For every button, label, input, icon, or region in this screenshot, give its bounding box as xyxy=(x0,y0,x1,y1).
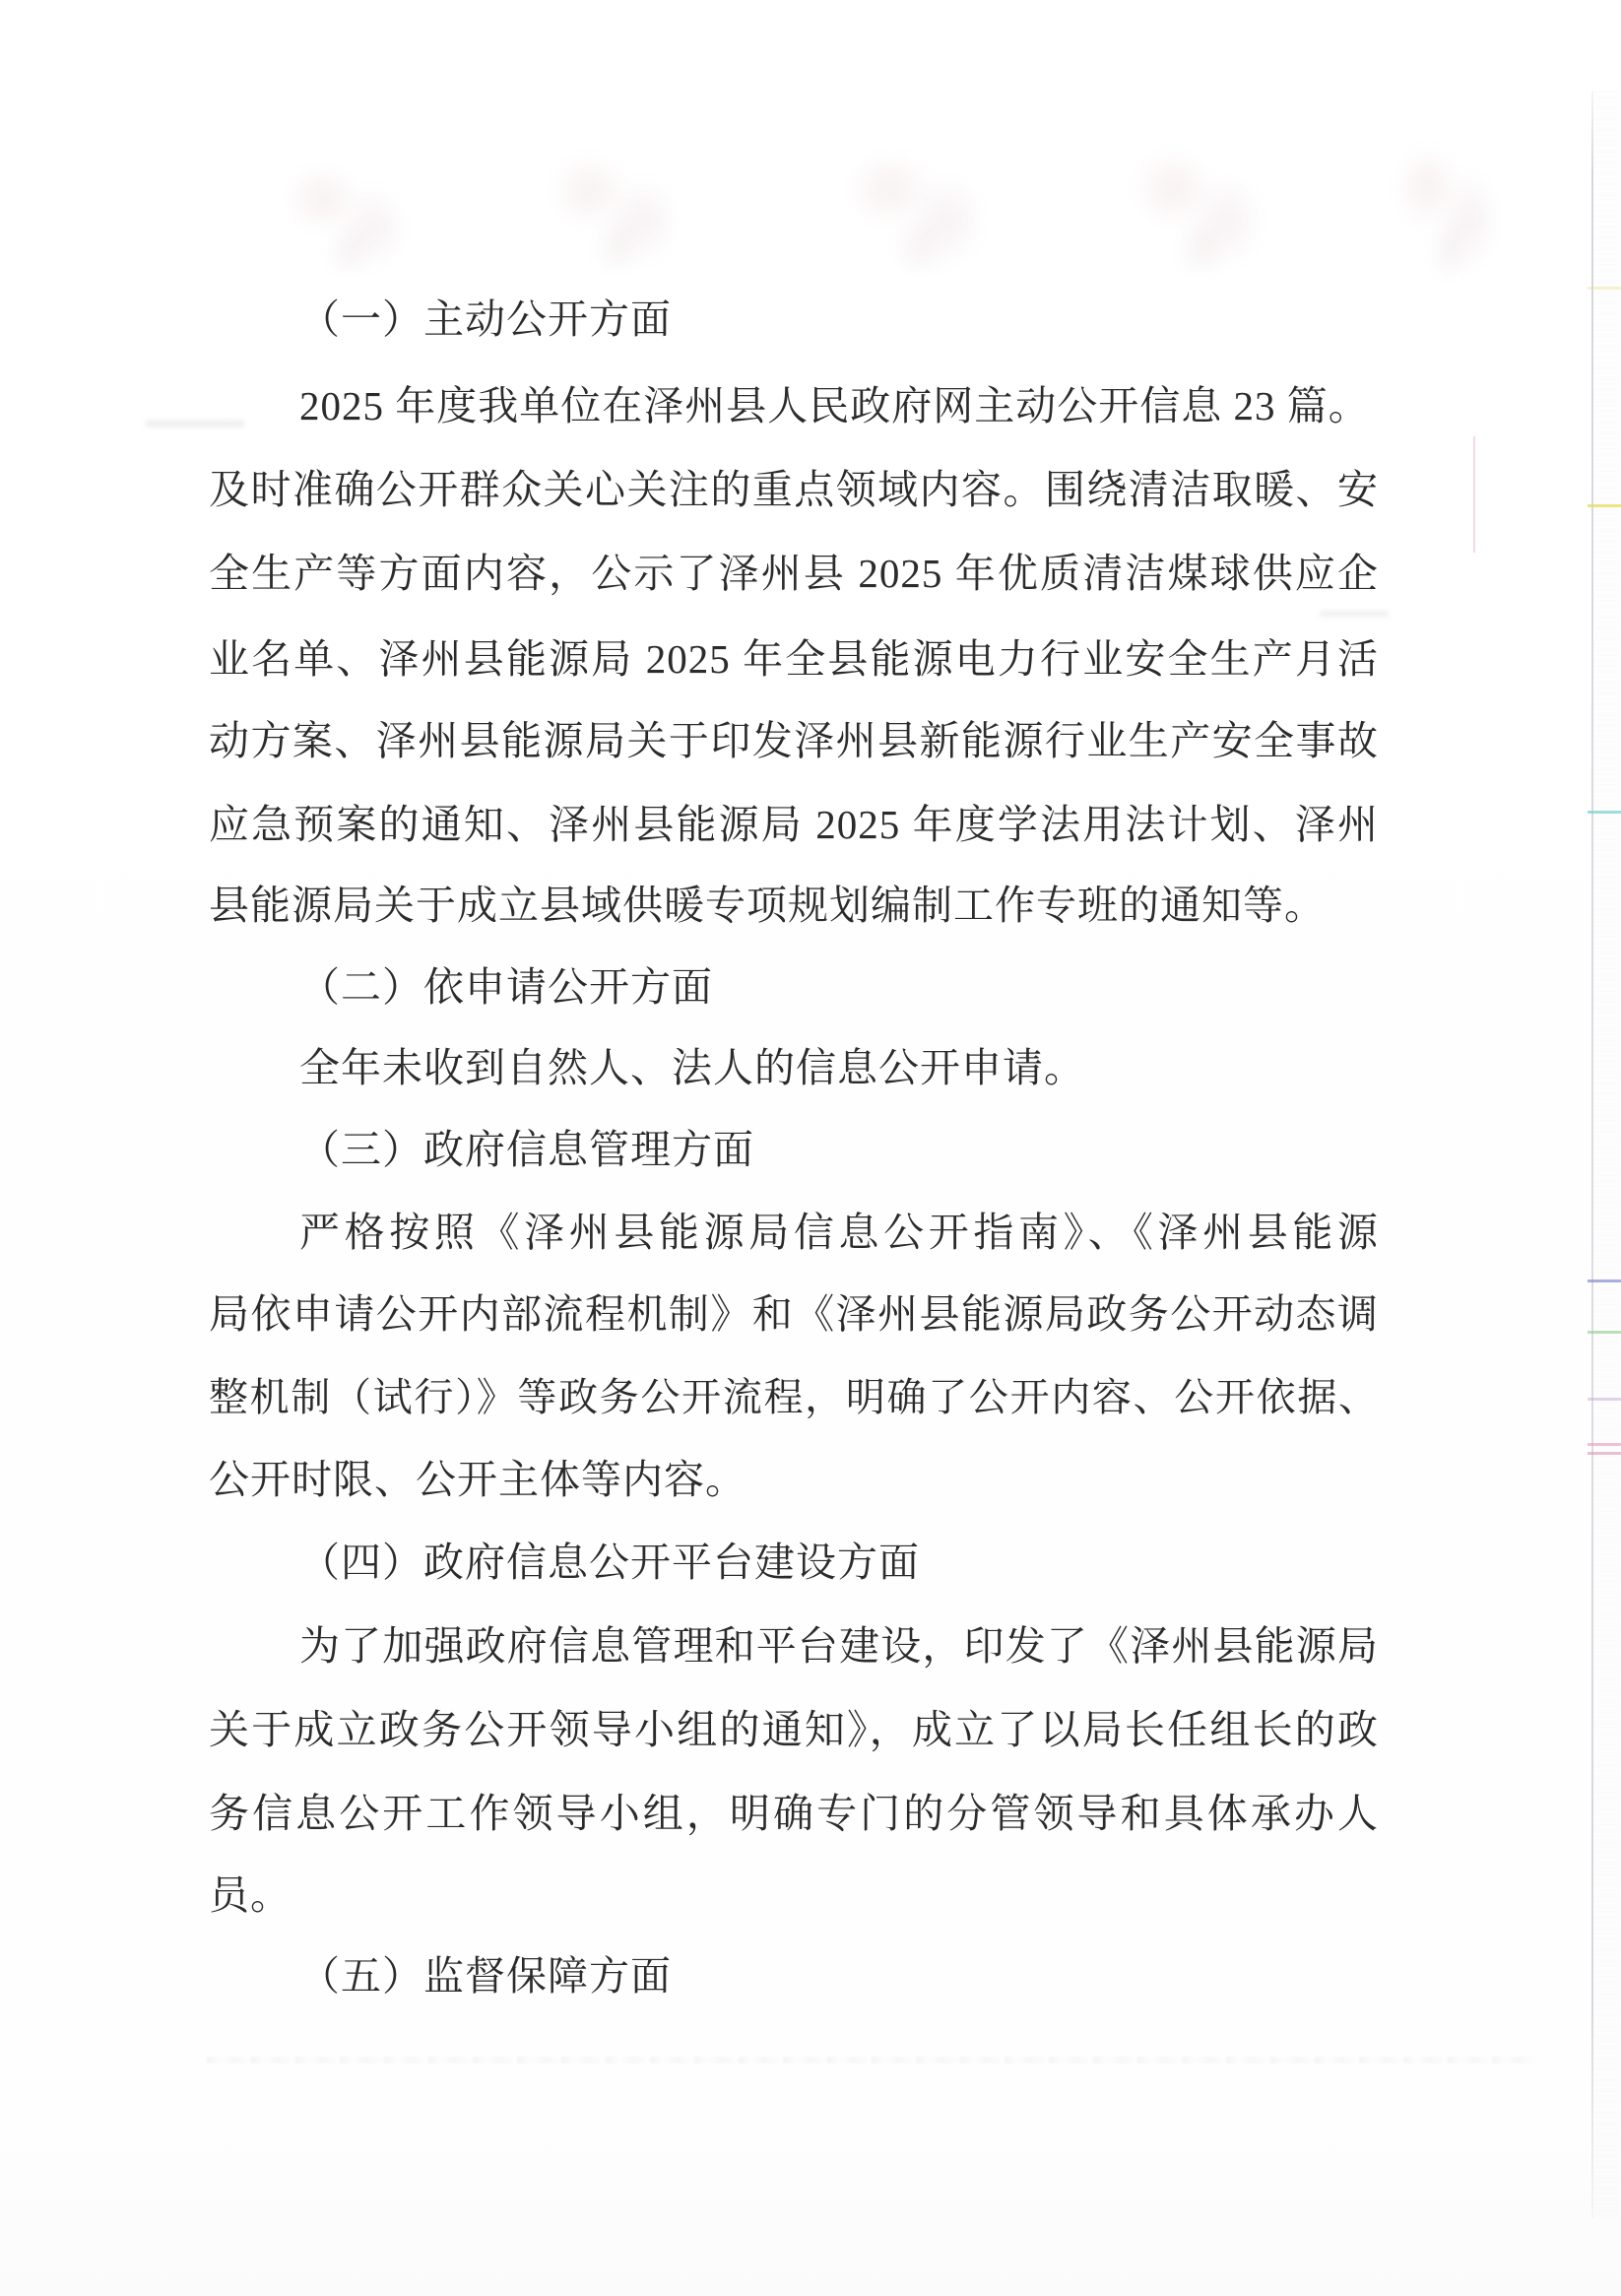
body-line: 全年未收到自然人、法人的信息公开申请。 xyxy=(209,1037,1379,1098)
section-3-heading: （三）政府信息管理方面 xyxy=(209,1119,1379,1180)
scan-color-tick xyxy=(1588,811,1621,814)
section-5-heading: （五）监督保障方面 xyxy=(209,1945,1379,2006)
scan-edge-smear xyxy=(1594,91,1618,2218)
scan-color-tick xyxy=(1588,1279,1621,1282)
body-line: 员。 xyxy=(209,1865,1379,1926)
body-line: 2025 年度我单位在泽州县人民政府网主动公开信息 23 篇。 xyxy=(209,375,1379,436)
body-line: 动方案、泽州县能源局关于印发泽州县新能源行业生产安全事故 xyxy=(209,710,1379,771)
body-line: 务信息公开工作领导小组，明确专门的分管领导和具体承办人 xyxy=(209,1783,1379,1844)
scanned-document-page: （一）主动公开方面 2025 年度我单位在泽州县人民政府网主动公开信息 23 篇… xyxy=(0,0,1621,2296)
scan-edge-line xyxy=(1591,91,1593,2218)
section-2-heading: （二）依申请公开方面 xyxy=(209,956,1379,1017)
body-line: 县能源局关于成立县域供暖专项规划编制工作专班的通知等。 xyxy=(209,875,1379,936)
body-line: 为了加强政府信息管理和平台建设，印发了《泽州县能源局 xyxy=(209,1615,1379,1676)
scan-color-tick xyxy=(1588,1331,1621,1334)
scan-color-tick xyxy=(1588,1452,1621,1455)
body-line: 公开时限、公开主体等内容。 xyxy=(209,1449,1379,1510)
body-line: 整机制（试行）》等政务公开流程，明确了公开内容、公开依据、 xyxy=(209,1367,1379,1428)
body-line: 严格按照《泽州县能源局信息公开指南》、《泽州县能源 xyxy=(209,1202,1379,1263)
body-line: 业名单、泽州县能源局 2025 年全县能源电力行业安全生产月活 xyxy=(209,628,1379,689)
scan-color-tick xyxy=(1588,1398,1621,1401)
body-line: 关于成立政务公开领导小组的通知》，成立了以局长任组长的政 xyxy=(209,1699,1379,1760)
document-body: （一）主动公开方面 2025 年度我单位在泽州县人民政府网主动公开信息 23 篇… xyxy=(209,0,1379,2296)
body-line: 全生产等方面内容，公示了泽州县 2025 年优质清洁煤球供应企 xyxy=(209,543,1379,604)
scan-pink-line-artifact xyxy=(1473,436,1475,553)
ink-bleed-artifact xyxy=(1393,140,1507,274)
scan-color-tick xyxy=(1588,504,1621,507)
scan-color-tick xyxy=(1588,287,1621,290)
body-line: 局依申请公开内部流程机制》和《泽州县能源局政务公开动态调 xyxy=(209,1283,1379,1345)
section-4-heading: （四）政府信息公开平台建设方面 xyxy=(209,1532,1379,1593)
scan-color-tick xyxy=(1588,1443,1621,1446)
section-1-heading: （一）主动公开方面 xyxy=(209,289,1379,350)
body-line: 及时准确公开群众关心关注的重点领域内容。围绕清洁取暖、安 xyxy=(209,459,1379,520)
body-line: 应急预案的通知、泽州县能源局 2025 年度学法用法计划、泽州 xyxy=(209,794,1379,855)
